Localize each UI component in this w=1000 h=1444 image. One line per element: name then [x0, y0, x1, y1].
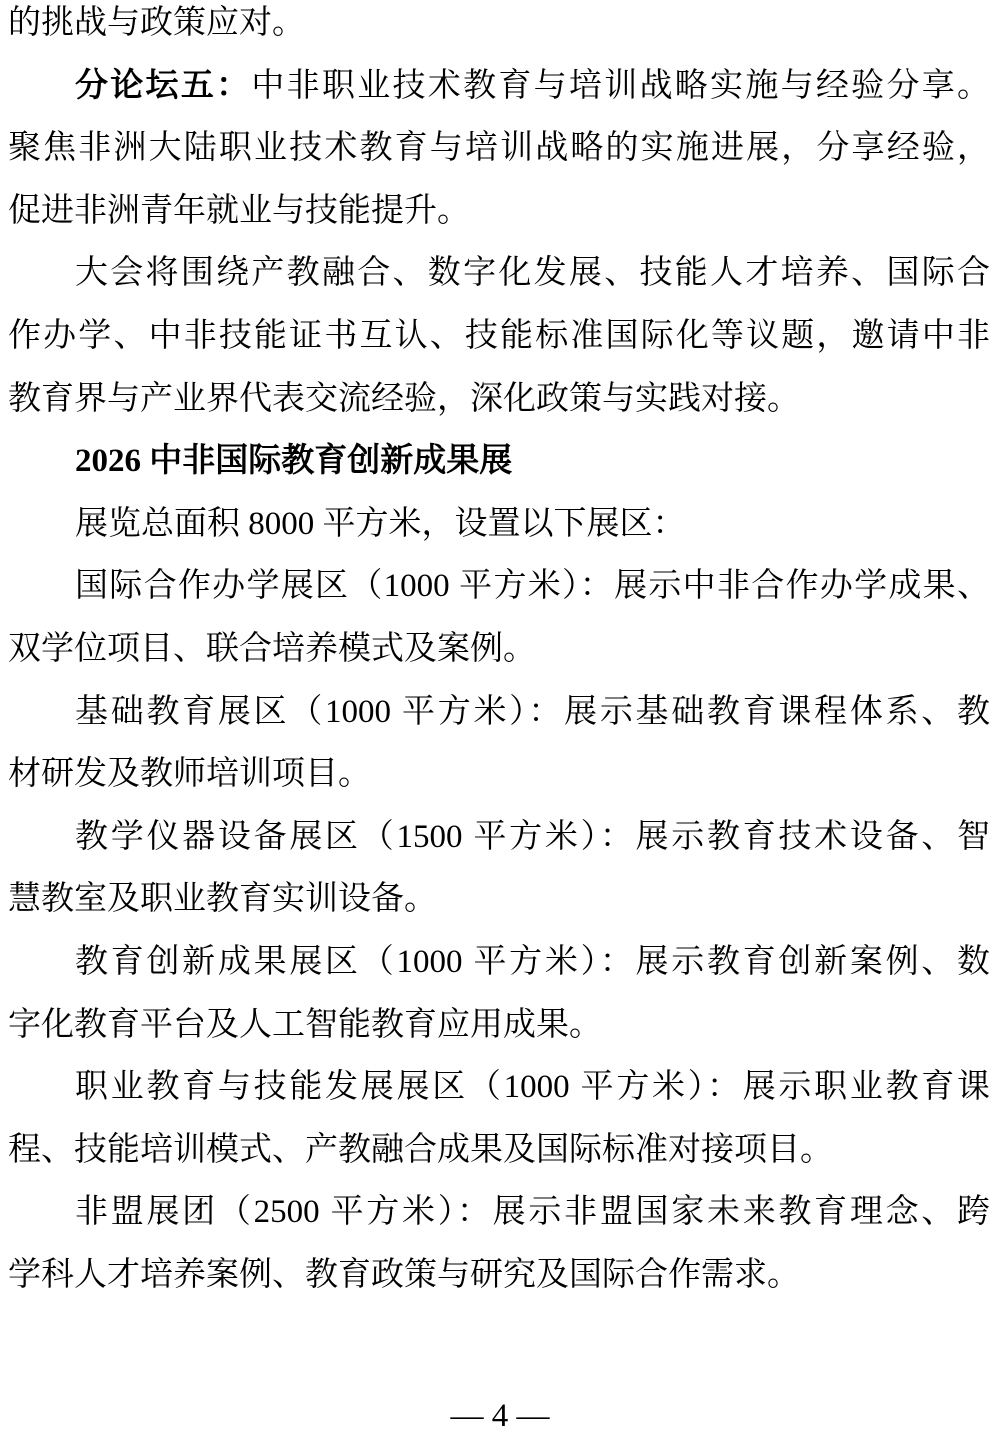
bold-text-segment: 分论坛五： — [75, 68, 251, 104]
document-line-8: 2026 中非国际教育创新成果展 — [8, 430, 990, 493]
text-segment: 慧教室及职业教育实训设备。 — [8, 881, 437, 917]
document-line-16: 教育创新成果展区（1000 平方米）：展示教育创新案例、数 — [8, 931, 990, 994]
document-line-14: 教学仪器设备展区（1500 平方米）：展示教育技术设备、智 — [8, 806, 990, 869]
text-segment: 的挑战与政策应对。 — [8, 5, 305, 41]
text-segment: 展览总面积 8000 平方米，设置以下展区： — [75, 506, 686, 542]
text-segment: 学科人才培养案例、教育政策与研究及国际合作需求。 — [8, 1257, 800, 1293]
document-line-17: 字化教育平台及人工智能教育应用成果。 — [8, 994, 990, 1057]
text-segment: 基础教育展区（1000 平方米）：展示基础教育课程体系、教 — [75, 694, 990, 730]
document-line-3: 聚焦非洲大陆职业技术教育与培训战略的实施进展，分享经验， — [8, 117, 990, 180]
document-line-4: 促进非洲青年就业与技能提升。 — [8, 180, 990, 243]
text-segment: 大会将围绕产教融合、数字化发展、技能人才培养、国际合 — [75, 255, 990, 291]
document-line-18: 职业教育与技能发展展区（1000 平方米）：展示职业教育课 — [8, 1056, 990, 1119]
text-segment: 双学位项目、联合培养模式及案例。 — [8, 631, 536, 667]
text-segment: 中非职业技术教育与培训战略实施与经验分享。 — [251, 68, 990, 104]
document-body: 的挑战与政策应对。分论坛五：中非职业技术教育与培训战略实施与经验分享。聚焦非洲大… — [8, 0, 990, 1306]
document-line-13: 材研发及教师培训项目。 — [8, 743, 990, 806]
document-line-1: 的挑战与政策应对。 — [8, 0, 990, 55]
document-line-20: 非盟展团（2500 平方米）：展示非盟国家未来教育理念、跨 — [8, 1181, 990, 1244]
page-number: — 4 — — [451, 1398, 550, 1434]
text-segment: 促进非洲青年就业与技能提升。 — [8, 193, 470, 229]
bold-text-segment: 2026 中非国际教育创新成果展 — [75, 443, 512, 479]
text-segment: 非盟展团（2500 平方米）：展示非盟国家未来教育理念、跨 — [75, 1194, 990, 1230]
document-line-2: 分论坛五：中非职业技术教育与培训战略实施与经验分享。 — [8, 55, 990, 118]
document-line-9: 展览总面积 8000 平方米，设置以下展区： — [8, 493, 990, 556]
text-segment: 职业教育与技能发展展区（1000 平方米）：展示职业教育课 — [75, 1069, 990, 1105]
page-footer: — 4 — — [0, 1396, 1000, 1436]
document-page: 的挑战与政策应对。分论坛五：中非职业技术教育与培训战略实施与经验分享。聚焦非洲大… — [0, 0, 1000, 1444]
text-segment: 教育创新成果展区（1000 平方米）：展示教育创新案例、数 — [75, 944, 990, 980]
document-line-6: 作办学、中非技能证书互认、技能标准国际化等议题，邀请中非 — [8, 305, 990, 368]
text-segment: 字化教育平台及人工智能教育应用成果。 — [8, 1007, 602, 1043]
text-segment: 程、技能培训模式、产教融合成果及国际标准对接项目。 — [8, 1132, 833, 1168]
document-line-11: 双学位项目、联合培养模式及案例。 — [8, 618, 990, 681]
text-segment: 作办学、中非技能证书互认、技能标准国际化等议题，邀请中非 — [8, 318, 990, 354]
document-line-19: 程、技能培训模式、产教融合成果及国际标准对接项目。 — [8, 1119, 990, 1182]
text-segment: 国际合作办学展区（1000 平方米）：展示中非合作办学成果、 — [75, 568, 990, 604]
document-line-12: 基础教育展区（1000 平方米）：展示基础教育课程体系、教 — [8, 681, 990, 744]
document-line-7: 教育界与产业界代表交流经验，深化政策与实践对接。 — [8, 368, 990, 431]
document-line-5: 大会将围绕产教融合、数字化发展、技能人才培养、国际合 — [8, 242, 990, 305]
text-segment: 聚焦非洲大陆职业技术教育与培训战略的实施进展，分享经验， — [8, 130, 990, 166]
text-segment: 教育界与产业界代表交流经验，深化政策与实践对接。 — [8, 381, 800, 417]
document-line-21: 学科人才培养案例、教育政策与研究及国际合作需求。 — [8, 1244, 990, 1307]
document-line-15: 慧教室及职业教育实训设备。 — [8, 868, 990, 931]
document-line-10: 国际合作办学展区（1000 平方米）：展示中非合作办学成果、 — [8, 555, 990, 618]
text-segment: 材研发及教师培训项目。 — [8, 756, 371, 792]
text-segment: 教学仪器设备展区（1500 平方米）：展示教育技术设备、智 — [75, 819, 990, 855]
